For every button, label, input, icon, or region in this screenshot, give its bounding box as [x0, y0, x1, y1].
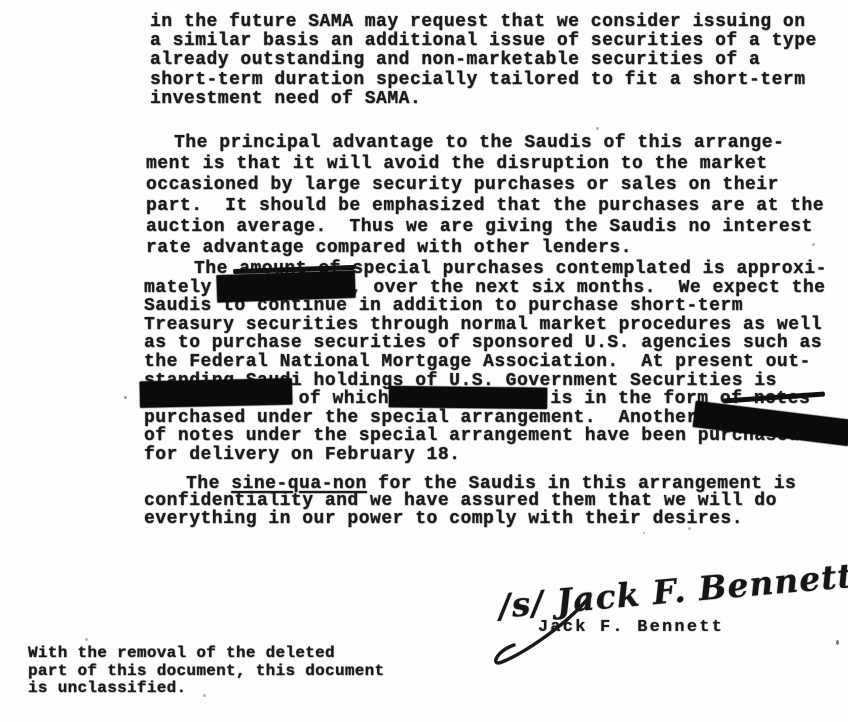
- redaction-bar: [217, 271, 356, 303]
- text-line: short-term duration specially tailored t…: [150, 71, 817, 90]
- declassification-note: With the removal of the deleted part of …: [28, 645, 384, 698]
- text-line: Treasury securities through normal marke…: [144, 316, 827, 335]
- redaction-bar: [389, 386, 547, 409]
- document-scan: in the future SAMA may request that we c…: [0, 0, 848, 722]
- text-line: rate advantage compared with other lende…: [146, 238, 824, 259]
- text-line: ment is that it will avoid the disruptio…: [146, 154, 824, 175]
- scan-speck: [596, 127, 599, 130]
- text-segment: n of which: [276, 389, 389, 409]
- text-line: a similar basis an additional issue of s…: [150, 32, 817, 51]
- scan-speck: [643, 532, 645, 534]
- text-segment: , over the next six months. We expect th…: [351, 278, 826, 298]
- text-line: part. It should be emphasized that the p…: [146, 196, 824, 217]
- text-line: everything in our power to comply with t…: [144, 511, 796, 528]
- text-line: auction average. Thus we are giving the …: [146, 217, 824, 238]
- text-line: investment need of SAMA.: [150, 90, 817, 109]
- text-line: in the future SAMA may request that we c…: [150, 13, 817, 32]
- text-line: already outstanding and non-marketable s…: [150, 51, 817, 70]
- text-line: occasioned by large security purchases o…: [146, 175, 824, 196]
- text-line: part of this document, this document: [28, 663, 384, 681]
- text-line: The principal advantage to the Saudis of…: [146, 133, 824, 154]
- scan-speck: [836, 640, 839, 645]
- text-line: With the removal of the deleted: [28, 645, 384, 663]
- scan-speck: [203, 694, 206, 697]
- text-segment: mately: [144, 278, 212, 298]
- signature-typed-name: Jack F. Bennett: [538, 618, 724, 637]
- text-line: the Federal National Mortgage Associatio…: [144, 353, 827, 372]
- text-line: as to purchase securities of sponsored U…: [144, 334, 827, 353]
- paragraph-1: in the future SAMA may request that we c…: [150, 13, 817, 109]
- paragraph-2: The principal advantage to the Saudis of…: [146, 133, 824, 258]
- scanned-document-page: in the future SAMA may request that we c…: [0, 0, 848, 722]
- text-line: is unclassified.: [28, 680, 384, 698]
- paragraph-4: The sine-qua-non for the Saudis in this …: [144, 476, 796, 528]
- scan-speck: [688, 527, 691, 530]
- redaction-bar: [140, 378, 293, 407]
- scan-speck: [124, 396, 127, 399]
- scan-speck: [812, 243, 815, 246]
- text-line: for delivery on February 18.: [144, 446, 827, 465]
- scan-speck: [85, 638, 88, 641]
